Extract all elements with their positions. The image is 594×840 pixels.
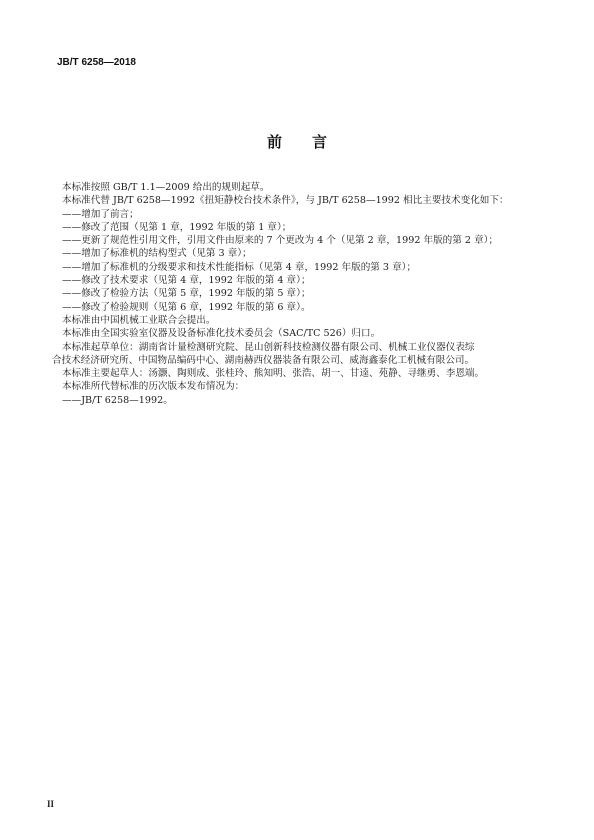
title-char-1: 前 [267,131,282,152]
paragraph-replacement: 本标准代替 JB/T 6258—1992《扭矩静校台技术条件》，与 JB/T 6… [62,194,542,207]
paragraph-drafting-rules: 本标准按照 GB/T 1.1—2009 给出的规则起草。 [62,181,542,194]
paragraph-proposer: 本标准由中国机械工业联合会提出。 [62,314,542,327]
change-item: ——修改了技术要求（见第 4 章，1992 年版的第 4 章）； [62,274,542,287]
page-title: 前言 [0,131,594,152]
title-char-2: 言 [312,131,327,152]
change-item: ——修改了范围（见第 1 章，1992 年版的第 1 章）； [62,221,542,234]
paragraph-drafters: 本标准主要起草人：汤灏、陶则成、张桂玲、熊知明、张浩、胡一、甘逵、苑静、寻继勇、… [62,367,542,380]
page-number: II [47,799,54,809]
paragraph-drafting-units-cont: 合技术经济研究所、中国物品编码中心、湖南赫西仪器装备有限公司、威海鑫泰化工机械有… [52,354,542,367]
change-item: ——增加了前言； [62,208,542,221]
paragraph-drafting-units: 本标准起草单位：湖南省计量检测研究院、昆山创新科技检测仪器有限公司、机械工业仪器… [62,341,542,354]
change-item: ——增加了标准机的结构型式（见第 3 章）； [62,247,542,260]
foreword-body: 本标准按照 GB/T 1.1—2009 给出的规则起草。 本标准代替 JB/T … [62,181,542,407]
standard-code: JB/T 6258—2018 [57,57,136,68]
history-item: ——JB/T 6258—1992。 [62,394,542,407]
change-item: ——更新了规范性引用文件，引用文件由原来的 7 个更改为 4 个（见第 2 章，… [62,234,542,247]
paragraph-history: 本标准所代替标准的历次版本发布情况为： [62,380,542,393]
change-item: ——修改了检验方法（见第 5 章，1992 年版的第 5 章）； [62,287,542,300]
change-item: ——修改了检验规则（见第 6 章，1992 年版的第 6 章）。 [62,301,542,314]
paragraph-committee: 本标准由全国实验室仪器及设备标准化技术委员会（SAC/TC 526）归口。 [62,327,542,340]
change-item: ——增加了标准机的分级要求和技术性能指标（见第 4 章，1992 年版的第 3 … [62,261,542,274]
